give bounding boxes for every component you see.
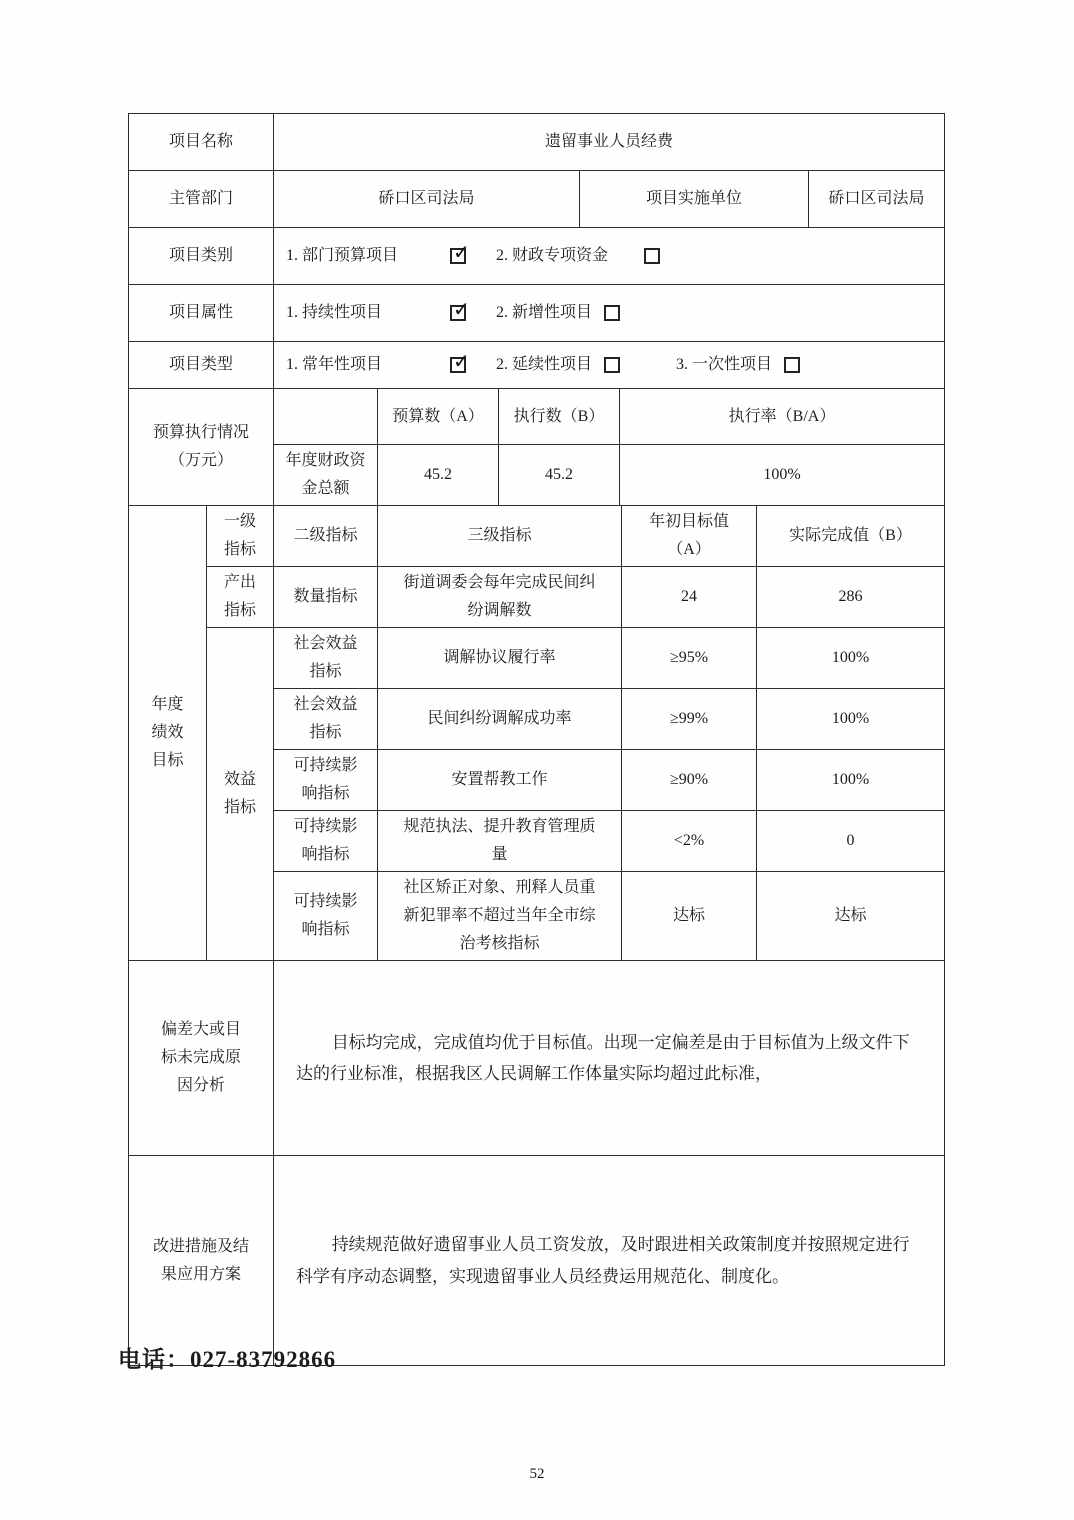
target-cell: ≥90%: [622, 750, 757, 811]
category-option-1: 1. 部门预算项目 ✓: [286, 242, 466, 270]
header-text: 实际完成值（B）: [789, 522, 912, 550]
exec-col-header: 执行数（B）: [499, 389, 620, 445]
label-text: 项目类型: [169, 351, 233, 379]
performance-header-row: 一级指标 二级指标 三级指标 年初目标值（A） 实际完成值（B）: [207, 506, 945, 567]
benefit-indicator-group-row: 效益指标 社会效益指标 调解协议履行率 ≥95% 100% 社会效益指标 民间纠…: [207, 628, 945, 961]
l3-cell: 民间纠纷调解成功率: [378, 689, 622, 750]
cell-text: 达标: [673, 902, 705, 930]
header-text: 预算数（A）: [392, 403, 484, 431]
implementing-unit-value: 硚口区司法局: [809, 171, 945, 228]
l2-cell: 社会效益指标: [274, 628, 378, 689]
label-text: 产出指标: [222, 569, 257, 625]
cell-text: 街道调委会每年完成民间纠纷调解数: [402, 569, 597, 625]
project-attribute-options: 1. 持续性项目 ✓ 2. 新增性项目: [274, 285, 945, 342]
budget-subgrid: 预算数（A） 执行数（B） 执行率（B/A） 年度财政资金总额 45.2: [274, 389, 945, 506]
project-category-label: 项目类别: [129, 228, 274, 285]
checkbox-unchecked: [604, 357, 620, 373]
annual-fund-label: 年度财政资金总额: [274, 445, 378, 506]
header-l3: 三级指标: [378, 506, 622, 567]
project-type-row: 项目类型 1. 常年性项目 ✓ 2. 延续性项目 3. 一次性项目: [129, 342, 945, 389]
project-name-row: 项目名称 遗留事业人员经费: [129, 114, 945, 171]
label-text: 项目属性: [169, 299, 233, 327]
label-text: 年度财政资金总额: [278, 447, 373, 503]
value-text: 45.2: [424, 461, 452, 489]
cell-text: 社区矫正对象、刑释人员重新犯罪率不超过当年全市综治考核指标: [402, 874, 597, 958]
deviation-analysis-row: 偏差大或目标未完成原因分析 目标均完成，完成值均优于目标值。出现一定偏差是由于目…: [129, 961, 945, 1156]
option-label: 1. 持续性项目: [286, 299, 450, 327]
cell-text: 达标: [834, 902, 866, 930]
header-text: 二级指标: [293, 522, 357, 550]
budget-label-unit: （万元）: [169, 447, 233, 475]
l3-cell: 安置帮教工作: [378, 750, 622, 811]
value-text: 100%: [763, 461, 800, 489]
checkbox-unchecked: [604, 305, 620, 321]
l2-cell: 数量指标: [274, 567, 378, 628]
label-text: 预算执行情况 （万元）: [153, 419, 249, 475]
benefit-row-3: 可持续影响指标 安置帮教工作 ≥90% 100%: [274, 750, 945, 811]
label-text: 偏差大或目标未完成原因分析: [157, 1016, 245, 1100]
option-label: 2. 新增性项目: [496, 299, 592, 327]
rate-value: 100%: [620, 445, 945, 506]
l3-cell: 社区矫正对象、刑释人员重新犯罪率不超过当年全市综治考核指标: [378, 872, 622, 961]
deviation-label: 偏差大或目标未完成原因分析: [129, 961, 274, 1156]
budget-section-row: 预算执行情况 （万元） 预算数（A） 执行数（B） 执行率（B/A）: [129, 389, 945, 506]
benefit-row-5: 可持续影响指标 社区矫正对象、刑释人员重新犯罪率不超过当年全市综治考核指标 达标…: [274, 872, 945, 961]
actual-cell: 100%: [757, 689, 945, 750]
checkbox-unchecked: [784, 357, 800, 373]
budget-empty-cell: [274, 389, 378, 445]
value-text: 45.2: [545, 461, 573, 489]
label-text: 主管部门: [169, 185, 233, 213]
cell-text: 调解协议履行率: [443, 644, 555, 672]
cell-text: ≥95%: [670, 644, 708, 672]
label-text: 年度绩效目标: [150, 691, 185, 775]
supervisor-label: 主管部门: [129, 171, 274, 228]
header-actual: 实际完成值（B）: [757, 506, 945, 567]
l3-cell: 调解协议履行率: [378, 628, 622, 689]
cell-text: ≥90%: [670, 766, 708, 794]
actual-cell: 100%: [757, 750, 945, 811]
option-label: 1. 常年性项目: [286, 351, 450, 379]
deviation-content: 目标均完成，完成值均优于目标值。出现一定偏差是由于目标值为上级文件下达的行业标准…: [274, 961, 945, 1156]
header-text: 一级指标: [222, 508, 257, 564]
improvement-label: 改进措施及结果应用方案: [129, 1156, 274, 1366]
cell-text: 100%: [832, 705, 869, 733]
cell-text: ≥99%: [670, 705, 708, 733]
header-text: 执行率（B/A）: [729, 403, 836, 431]
option-label: 1. 部门预算项目: [286, 242, 450, 270]
category-option-2: 2. 财政专项资金: [496, 242, 660, 270]
project-type-options: 1. 常年性项目 ✓ 2. 延续性项目 3. 一次性项目: [274, 342, 945, 389]
value-text: 硚口区司法局: [828, 185, 924, 213]
cell-text: 可持续影响指标: [292, 752, 359, 808]
cell-text: 安置帮教工作: [451, 766, 547, 794]
label-text: 项目实施单位: [646, 185, 742, 213]
benefit-subgrid: 社会效益指标 调解协议履行率 ≥95% 100% 社会效益指标 民间纠纷调解成功…: [274, 628, 945, 961]
target-cell: 24: [622, 567, 757, 628]
cell-text: 286: [839, 583, 863, 611]
cell-text: 数量指标: [292, 583, 359, 611]
actual-cell: 100%: [757, 628, 945, 689]
performance-label: 年度绩效目标: [129, 506, 207, 961]
budget-label-line1: 预算执行情况: [153, 419, 249, 447]
project-type-label: 项目类型: [129, 342, 274, 389]
cell-text: 规范执法、提升教育管理质量: [402, 813, 597, 869]
header-l1: 一级指标: [207, 506, 274, 567]
l3-cell: 规范执法、提升教育管理质量: [378, 811, 622, 872]
cell-text: 可持续影响指标: [292, 888, 359, 944]
header-text: 三级指标: [467, 522, 531, 550]
deviation-text: 目标均完成，完成值均优于目标值。出现一定偏差是由于目标值为上级文件下达的行业标准…: [278, 1027, 940, 1090]
checkbox-checked: ✓: [450, 248, 466, 264]
type-option-2: 2. 延续性项目: [496, 351, 620, 379]
label-text: 改进措施及结果应用方案: [151, 1233, 251, 1289]
header-target: 年初目标值（A）: [622, 506, 757, 567]
option-label: 2. 延续性项目: [496, 351, 592, 379]
l2-cell: 可持续影响指标: [274, 872, 378, 961]
project-category-row: 项目类别 1. 部门预算项目 ✓ 2. 财政专项资金: [129, 228, 945, 285]
cell-text: 社会效益指标: [292, 630, 359, 686]
project-name-value: 遗留事业人员经费: [274, 114, 945, 171]
output-indicator-row: 产出指标 数量指标 街道调委会每年完成民间纠纷调解数 24 286: [207, 567, 945, 628]
checkmark-icon: ✓: [453, 299, 470, 319]
benefit-group-label: 效益指标: [207, 628, 274, 961]
label-text: 项目类别: [169, 242, 233, 270]
value-text: 遗留事业人员经费: [545, 128, 673, 156]
target-cell: 达标: [622, 872, 757, 961]
cell-text: 社会效益指标: [292, 691, 359, 747]
document-page: 项目名称 遗留事业人员经费 主管部门 硚口区司法局 项目实施单位 硚口区司法局: [0, 0, 1074, 1520]
project-attribute-label: 项目属性: [129, 285, 274, 342]
header-text: 执行数（B）: [514, 403, 605, 431]
cell-text: 可持续影响指标: [292, 813, 359, 869]
checkbox-checked: ✓: [450, 305, 466, 321]
cell-text: 民间纠纷调解成功率: [427, 705, 571, 733]
value-text: 硚口区司法局: [378, 185, 474, 213]
cell-text: 100%: [832, 766, 869, 794]
department-row: 主管部门 硚口区司法局 项目实施单位 硚口区司法局: [129, 171, 945, 228]
exec-value: 45.2: [499, 445, 620, 506]
header-text: 年初目标值（A）: [647, 508, 730, 564]
type-option-3: 3. 一次性项目: [676, 351, 800, 379]
l2-cell: 可持续影响指标: [274, 811, 378, 872]
budget-value: 45.2: [378, 445, 499, 506]
budget-header-row: 预算数（A） 执行数（B） 执行率（B/A）: [274, 389, 945, 445]
checkmark-icon: ✓: [453, 242, 470, 262]
page-number: 52: [0, 1466, 1074, 1483]
benefit-row-2: 社会效益指标 民间纠纷调解成功率 ≥99% 100%: [274, 689, 945, 750]
improvement-content: 持续规范做好遗留事业人员工资发放，及时跟进相关政策制度并按照规定进行科学有序动态…: [274, 1156, 945, 1366]
type-option-1: 1. 常年性项目 ✓: [286, 351, 466, 379]
cell-text: 0: [847, 827, 855, 855]
cell-text: 100%: [832, 644, 869, 672]
option-label: 3. 一次性项目: [676, 351, 772, 379]
benefit-row-4: 可持续影响指标 规范执法、提升教育管理质量 <2% 0: [274, 811, 945, 872]
actual-cell: 286: [757, 567, 945, 628]
label-text: 效益指标: [222, 766, 257, 822]
phone-number: 电话：027-83792866: [118, 1341, 336, 1374]
target-cell: ≥99%: [622, 689, 757, 750]
attribute-option-2: 2. 新增性项目: [496, 299, 620, 327]
performance-section-row: 年度绩效目标 一级指标 二级指标 三级指标 年初目标值（A）: [129, 506, 945, 961]
implementing-unit-label: 项目实施单位: [580, 171, 809, 228]
cell-text: <2%: [674, 827, 704, 855]
label-text: 项目名称: [169, 128, 233, 156]
budget-label: 预算执行情况 （万元）: [129, 389, 274, 506]
rate-col-header: 执行率（B/A）: [620, 389, 945, 445]
project-category-options: 1. 部门预算项目 ✓ 2. 财政专项资金: [274, 228, 945, 285]
l3-cell: 街道调委会每年完成民间纠纷调解数: [378, 567, 622, 628]
actual-cell: 达标: [757, 872, 945, 961]
benefit-row-1: 社会效益指标 调解协议履行率 ≥95% 100%: [274, 628, 945, 689]
supervisor-value: 硚口区司法局: [274, 171, 580, 228]
l2-cell: 可持续影响指标: [274, 750, 378, 811]
actual-cell: 0: [757, 811, 945, 872]
project-attribute-row: 项目属性 1. 持续性项目 ✓ 2. 新增性项目: [129, 285, 945, 342]
target-cell: <2%: [622, 811, 757, 872]
header-l2: 二级指标: [274, 506, 378, 567]
option-label: 2. 财政专项资金: [496, 242, 608, 270]
budget-col-header: 预算数（A）: [378, 389, 499, 445]
checkbox-unchecked: [644, 248, 660, 264]
budget-value-row: 年度财政资金总额 45.2 45.2 100%: [274, 445, 945, 506]
output-group-label: 产出指标: [207, 567, 274, 628]
project-performance-table: 项目名称 遗留事业人员经费 主管部门 硚口区司法局 项目实施单位 硚口区司法局: [128, 113, 945, 1366]
target-cell: ≥95%: [622, 628, 757, 689]
cell-text: 24: [681, 583, 697, 611]
performance-subgrid: 一级指标 二级指标 三级指标 年初目标值（A） 实际完成值（B）: [207, 506, 945, 961]
checkbox-checked: ✓: [450, 357, 466, 373]
attribute-option-1: 1. 持续性项目 ✓: [286, 299, 466, 327]
project-name-label: 项目名称: [129, 114, 274, 171]
improvement-row: 改进措施及结果应用方案 持续规范做好遗留事业人员工资发放，及时跟进相关政策制度并…: [129, 1156, 945, 1366]
checkmark-icon: ✓: [453, 351, 470, 371]
l2-cell: 社会效益指标: [274, 689, 378, 750]
improvement-text: 持续规范做好遗留事业人员工资发放，及时跟进相关政策制度并按照规定进行科学有序动态…: [278, 1229, 940, 1292]
